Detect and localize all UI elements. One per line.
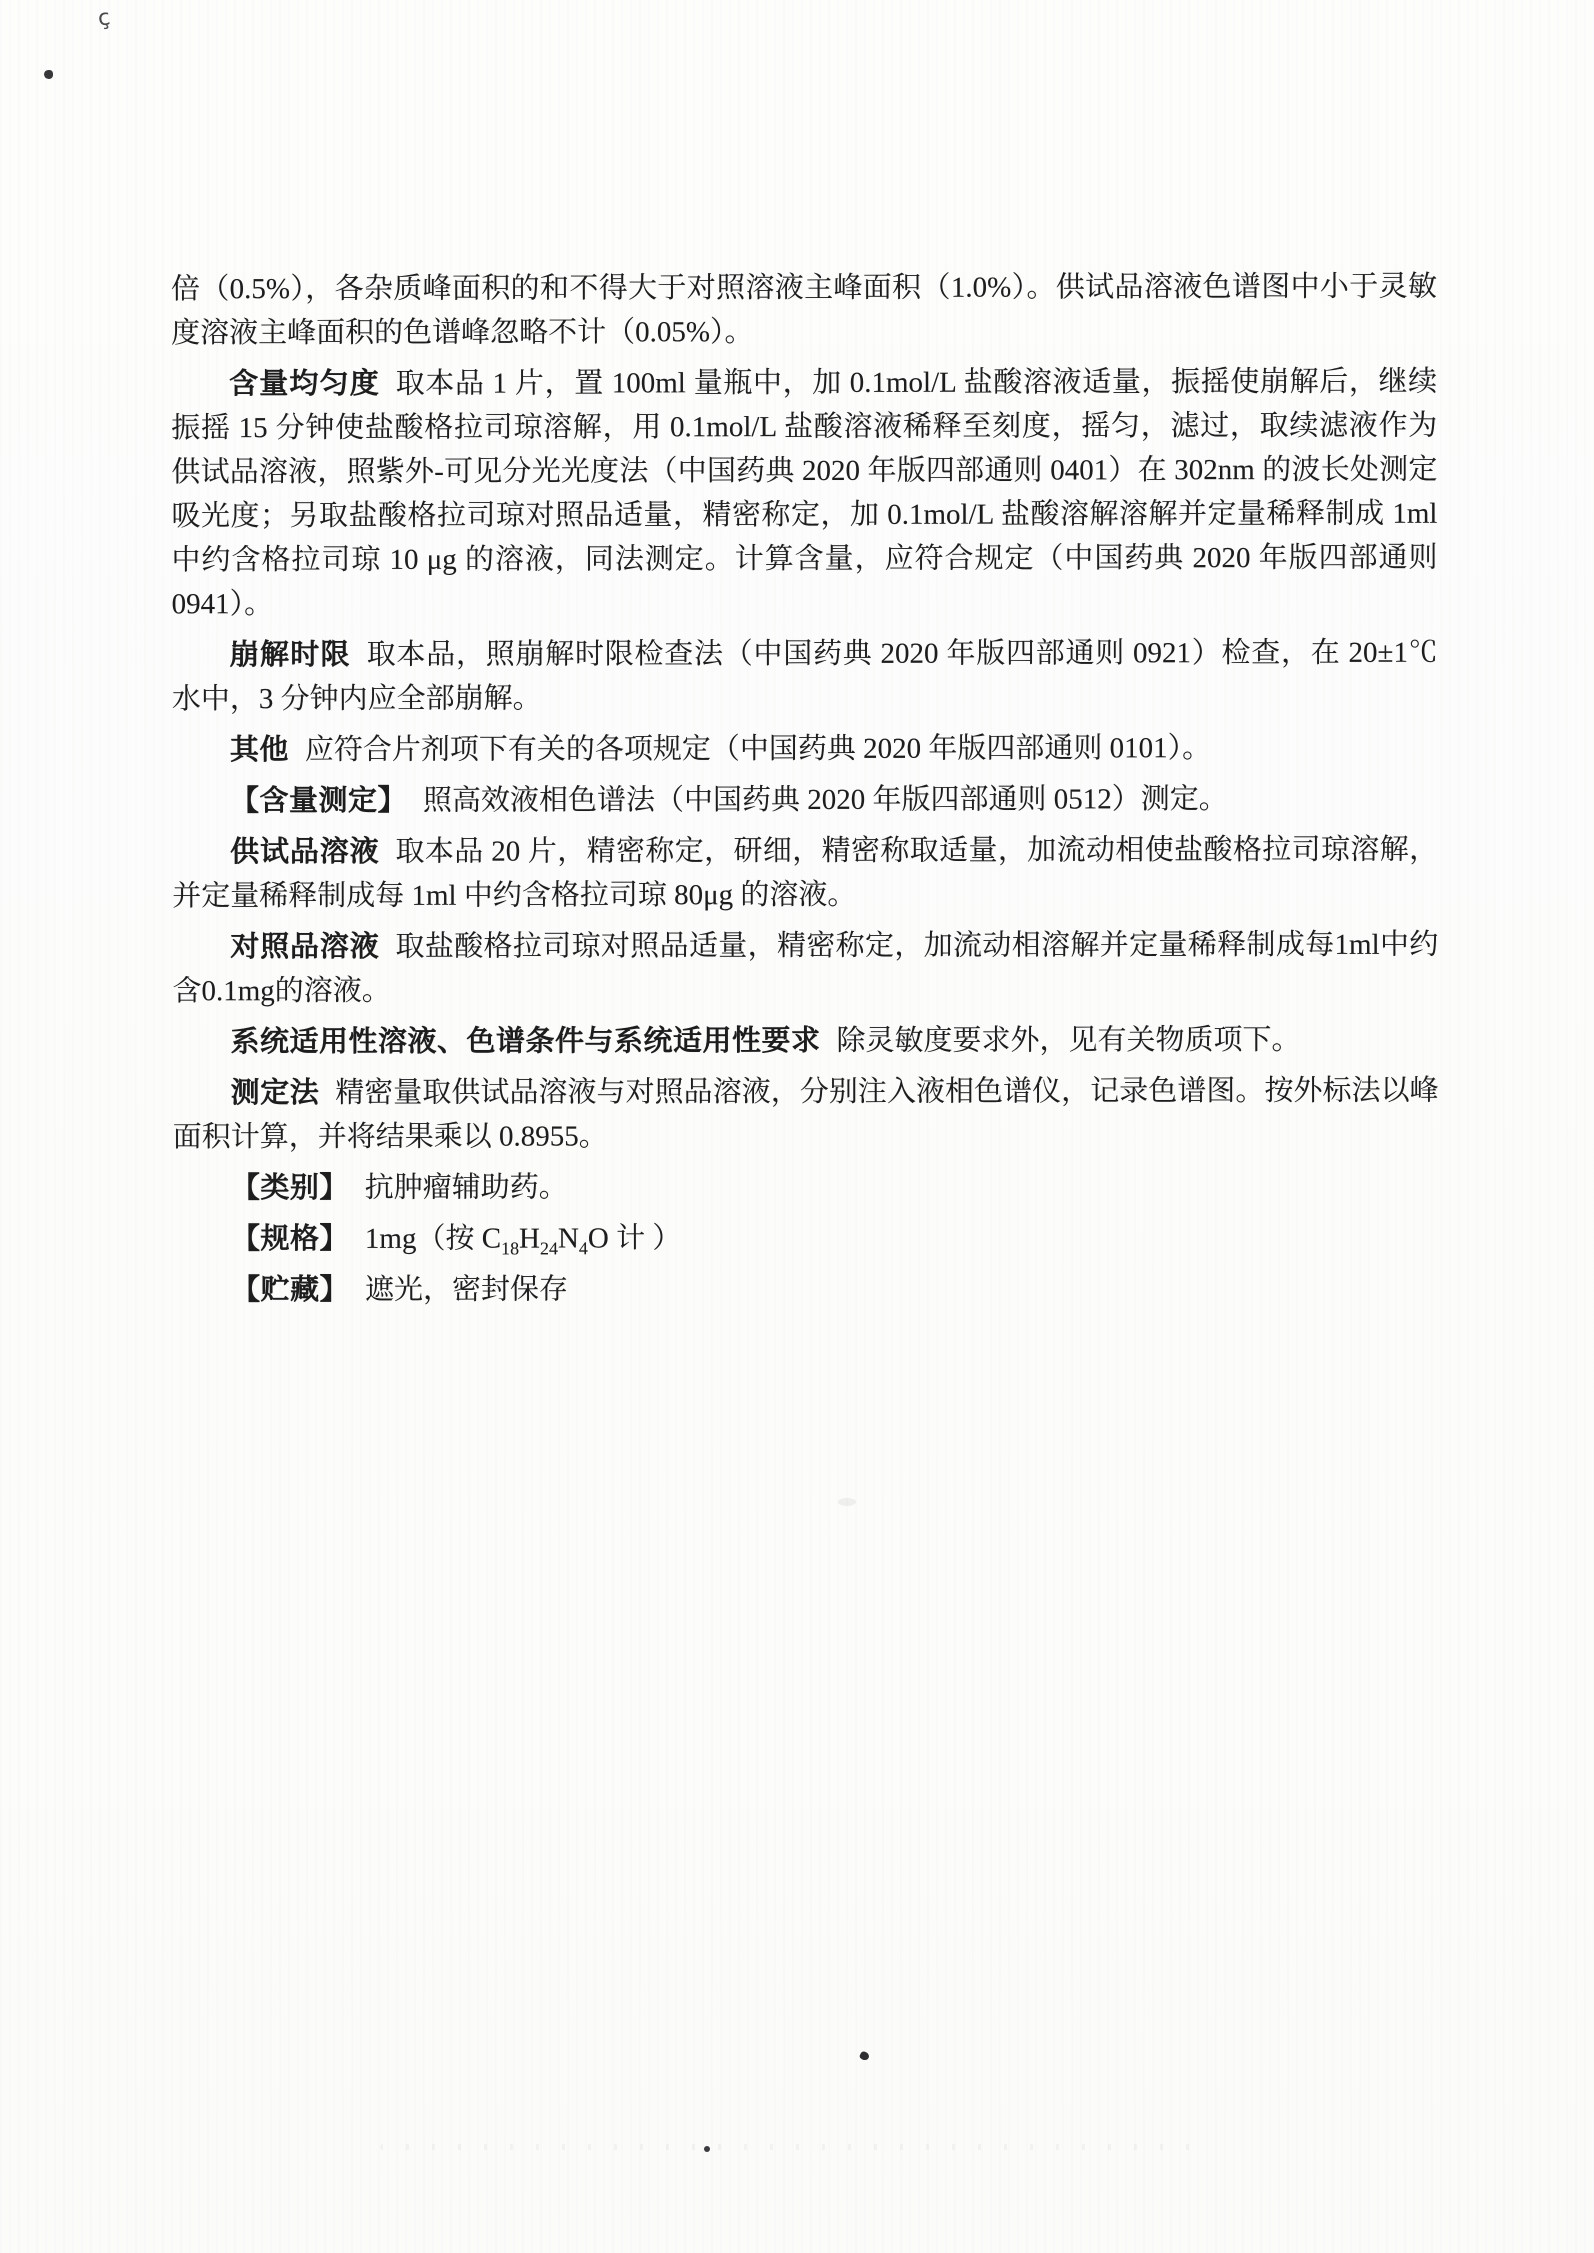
paragraph-text: 照高效液相色谱法（中国药典 2020 年版四部通则 0512）测定。 bbox=[423, 783, 1228, 817]
scan-dust-band bbox=[380, 2144, 1200, 2150]
paragraph-text: 除灵敏度要求外，见有关物质项下。 bbox=[836, 1024, 1300, 1057]
ink-squiggle-mark: ç bbox=[96, 5, 111, 31]
paragraph-text: 取本品，照崩解时限检查法（中国药典 2020 年版四部通则 0921）检查，在 … bbox=[172, 637, 1438, 716]
paragraph-text: 抗肿瘤辅助药。 bbox=[365, 1171, 568, 1203]
paragraph-content-uniformity: 含量均匀度取本品 1 片，置 100ml 量瓶中，加 0.1mol/L 盐酸溶液… bbox=[171, 360, 1438, 627]
paragraph-text: 遮光，密封保存 bbox=[365, 1273, 568, 1305]
heading-procedure: 测定法 bbox=[231, 1077, 320, 1109]
monograph-text-block: 倍（0.5%），各杂质峰面积的和不得大于对照溶液主峰面积（1.0%）。供试品溶液… bbox=[171, 265, 1439, 1313]
heading-content-uniformity: 含量均匀度 bbox=[229, 368, 380, 400]
paragraph-impurity-limit-continuation: 倍（0.5%），各杂质峰面积的和不得大于对照溶液主峰面积（1.0%）。供试品溶液… bbox=[171, 265, 1437, 356]
ink-dot-dust-band bbox=[704, 2146, 710, 2152]
paragraph-text: 倍（0.5%），各杂质峰面积的和不得大于对照溶液主峰面积（1.0%）。供试品溶液… bbox=[171, 271, 1437, 350]
paragraph-system-suitability: 系统适用性溶液、色谱条件与系统适用性要求除灵敏度要求外，见有关物质项下。 bbox=[172, 1018, 1438, 1065]
formula-nitrogen-count: 4 bbox=[579, 1238, 588, 1258]
spec-prefix: 1mg（按 bbox=[365, 1223, 482, 1255]
formula-nitrogen: N bbox=[558, 1222, 579, 1254]
paragraph-reference-solution: 对照品溶液取盐酸格拉司琼对照品适量，精密称定，加流动相溶解并定量稀释制成每1ml… bbox=[172, 923, 1438, 1014]
formula-carbon: C bbox=[482, 1223, 501, 1255]
heading-storage: 【贮藏】 bbox=[231, 1274, 349, 1306]
formula-carbon-count: 18 bbox=[501, 1238, 519, 1258]
ink-dot-bottom bbox=[859, 2050, 871, 2061]
heading-disintegration-time: 崩解时限 bbox=[230, 639, 351, 671]
paragraph-procedure: 测定法精密量取供试品溶液与对照品溶液，分别注入液相色谱仪，记录色谱图。按外标法以… bbox=[173, 1069, 1439, 1160]
paragraph-test-solution: 供试品溶液取本品 20 片，精密称定，研细，精密称取适量，加流动相使盐酸格拉司琼… bbox=[172, 828, 1438, 919]
paragraph-assay: 【含量测定】照高效液相色谱法（中国药典 2020 年版四部通则 0512）测定。 bbox=[172, 777, 1438, 824]
heading-others: 其他 bbox=[230, 734, 289, 766]
scanned-page: ç 倍（0.5%），各杂质峰面积的和不得大于对照溶液主峰面积（1.0%）。供试品… bbox=[0, 0, 1594, 2253]
heading-specification: 【规格】 bbox=[231, 1223, 349, 1255]
faint-smudge-middle bbox=[838, 1498, 856, 1506]
paragraph-text: 精密量取供试品溶液与对照品溶液，分别注入液相色谱仪，记录色谱图。按外标法以峰面积… bbox=[173, 1075, 1439, 1154]
heading-test-solution: 供试品溶液 bbox=[230, 836, 379, 868]
formula-hydrogen-count: 24 bbox=[540, 1238, 558, 1258]
paragraph-others: 其他应符合片剂项下有关的各项规定（中国药典 2020 年版四部通则 0101）。 bbox=[172, 726, 1438, 773]
heading-category: 【类别】 bbox=[231, 1172, 349, 1204]
paragraph-specification: 【规格】1mg（按 C18H24N4O 计 ） bbox=[173, 1215, 1439, 1262]
formula-oxygen: O bbox=[588, 1222, 609, 1254]
paragraph-storage: 【贮藏】遮光，密封保存 bbox=[173, 1266, 1439, 1313]
paragraph-text: 取本品 1 片，置 100ml 量瓶中，加 0.1mol/L 盐酸溶液适量，振摇… bbox=[171, 366, 1437, 621]
ink-dot-top-left bbox=[44, 70, 53, 79]
paragraph-category: 【类别】抗肿瘤辅助药。 bbox=[173, 1164, 1439, 1211]
heading-assay: 【含量测定】 bbox=[230, 785, 407, 817]
heading-reference-solution: 对照品溶液 bbox=[230, 931, 379, 963]
heading-system-suitability: 系统适用性溶液、色谱条件与系统适用性要求 bbox=[230, 1025, 820, 1058]
paragraph-text: 应符合片剂项下有关的各项规定（中国药典 2020 年版四部通则 0101）。 bbox=[305, 732, 1211, 766]
spec-suffix: 计 ） bbox=[609, 1222, 682, 1254]
formula-hydrogen: H bbox=[519, 1223, 540, 1255]
paragraph-disintegration-time: 崩解时限取本品，照崩解时限检查法（中国药典 2020 年版四部通则 0921）检… bbox=[172, 631, 1438, 722]
